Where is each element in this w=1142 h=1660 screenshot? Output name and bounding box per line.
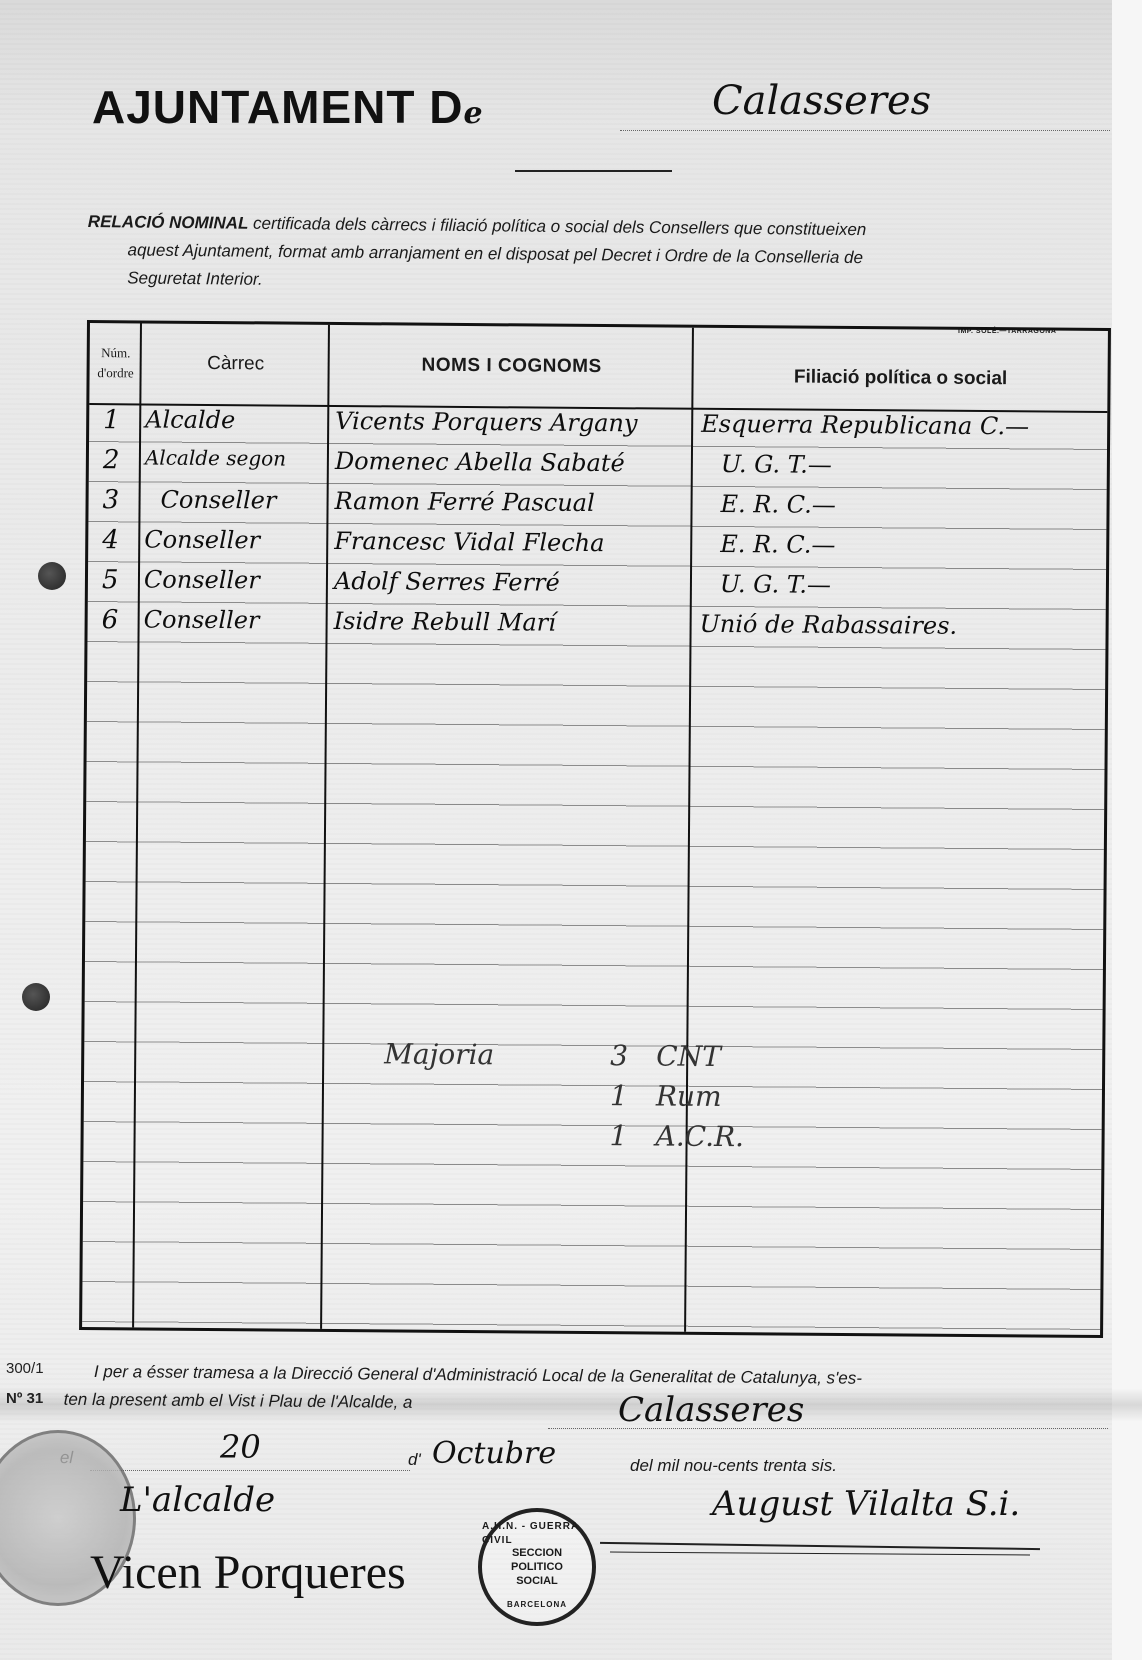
header-filiacio: Filiació política o social — [693, 328, 1108, 411]
row-noms: Domenec Abella Sabaté — [335, 447, 695, 488]
header-noms: NOMS I COGNOMS — [329, 325, 694, 408]
margin-note-ref: 300/1 — [6, 1360, 44, 1377]
row-filiacio: E. R. C.— — [700, 490, 1120, 531]
annotation-party: CNT — [656, 1039, 721, 1073]
row-noms: Vicents Porquers Argany — [335, 407, 695, 448]
row-carrec: Conseller — [144, 525, 328, 564]
row-noms: Francesc Vidal Flecha — [334, 527, 694, 568]
mayor-signature: Vicen Porqueres — [90, 1545, 406, 1600]
punch-hole-icon — [22, 983, 50, 1011]
municipality-name: Calasseres — [712, 78, 931, 124]
document-page: AJUNTAMENT De Calasseres RELACIÓ NOMINAL… — [0, 0, 1142, 1660]
intro-paragraph: RELACIÓ NOMINAL certificada dels càrrecs… — [87, 208, 1118, 303]
row-noms: Ramon Ferré Pascual — [334, 487, 694, 528]
title-rule — [515, 170, 672, 172]
row-num: 6 — [101, 605, 137, 643]
day-hand: 20 — [220, 1428, 261, 1466]
header-num: Núm. d'ordre — [89, 323, 142, 403]
row-noms: Isidre Rebull Marí — [333, 607, 693, 648]
annotation-label: Majoria — [384, 1037, 494, 1071]
stamp-line: SOCIAL — [516, 1574, 558, 1588]
title-suffix: e — [463, 96, 483, 131]
intro-lead: RELACIÓ NOMINAL — [88, 212, 249, 233]
margin-note-num: Nº 31 — [6, 1390, 43, 1407]
table-row: 6 Conseller Isidre Rebull Marí Unió de R… — [87, 603, 1105, 651]
annotation-count: 3 — [610, 1039, 628, 1072]
signature-flourish — [600, 1542, 1040, 1550]
footer-line-1: I per a ésser tramesa a la Direcció Gene… — [92, 1362, 862, 1388]
document-title: AJUNTAMENT De — [92, 80, 484, 134]
punch-hole-icon — [38, 562, 66, 590]
row-num: 1 — [103, 405, 139, 443]
title-dotted-line — [620, 130, 1110, 131]
secretary-signature: August Vilalta S.i. — [712, 1484, 1020, 1524]
header-carrec: Càrrec — [141, 323, 330, 404]
stamp-ring-bottom: BARCELONA — [507, 1598, 567, 1612]
year-text: del mil nou-cents trenta sis. — [630, 1452, 930, 1480]
annotation-party: Rum — [656, 1079, 722, 1113]
annotation-party: A.C.R. — [655, 1119, 744, 1153]
row-num: 4 — [102, 525, 138, 563]
stamp-line: POLITICO — [511, 1560, 563, 1574]
signature-flourish — [610, 1552, 1030, 1556]
annotation-count: 1 — [610, 1079, 628, 1112]
councillors-table: Núm. d'ordre Càrrec NOMS I COGNOMS Filia… — [79, 320, 1111, 1338]
row-carrec: Alcalde — [145, 405, 329, 444]
place-hand: Calasseres — [618, 1390, 804, 1430]
row-filiacio: E. R. C.— — [700, 530, 1120, 571]
row-filiacio: Esquerra Republicana C.— — [701, 410, 1101, 451]
intro-line-1: certificada dels càrrecs i filiació polí… — [248, 214, 866, 239]
row-filiacio: U. G. T.— — [700, 570, 1120, 611]
title-printed: AJUNTAMENT D — [92, 81, 463, 133]
day-dotted-line — [90, 1470, 410, 1471]
stamp-line: SECCION — [512, 1546, 562, 1560]
row-filiacio: U. G. T.— — [701, 450, 1121, 491]
d-label-text: d' — [408, 1450, 421, 1469]
certification-text: I per a ésser tramesa a la Direcció Gene… — [92, 1358, 1112, 1423]
row-noms: Adolf Serres Ferré — [334, 567, 694, 608]
row-carrec: Alcalde segon — [145, 445, 329, 484]
row-carrec: Conseller — [144, 485, 344, 525]
mayor-title-hand: L'alcalde — [120, 1480, 275, 1520]
row-carrec: Conseller — [143, 605, 327, 644]
year-text-value: del mil nou-cents trenta sis. — [630, 1456, 837, 1475]
row-num: 2 — [103, 445, 139, 483]
table-header: Núm. d'ordre Càrrec NOMS I COGNOMS Filia… — [89, 323, 1108, 413]
annotation-count: 1 — [609, 1119, 627, 1152]
row-num: 5 — [102, 565, 138, 603]
row-filiacio: Unió de Rabassaires. — [699, 610, 1099, 651]
archive-stamp-icon: A.H.N. - GUERRA CIVIL SECCION POLITICO S… — [478, 1508, 596, 1626]
row-carrec: Conseller — [144, 565, 328, 604]
row-num: 3 — [102, 485, 138, 523]
month-hand: Octubre — [432, 1436, 556, 1471]
stamp-ring-top: A.H.N. - GUERRA CIVIL — [482, 1520, 592, 1548]
